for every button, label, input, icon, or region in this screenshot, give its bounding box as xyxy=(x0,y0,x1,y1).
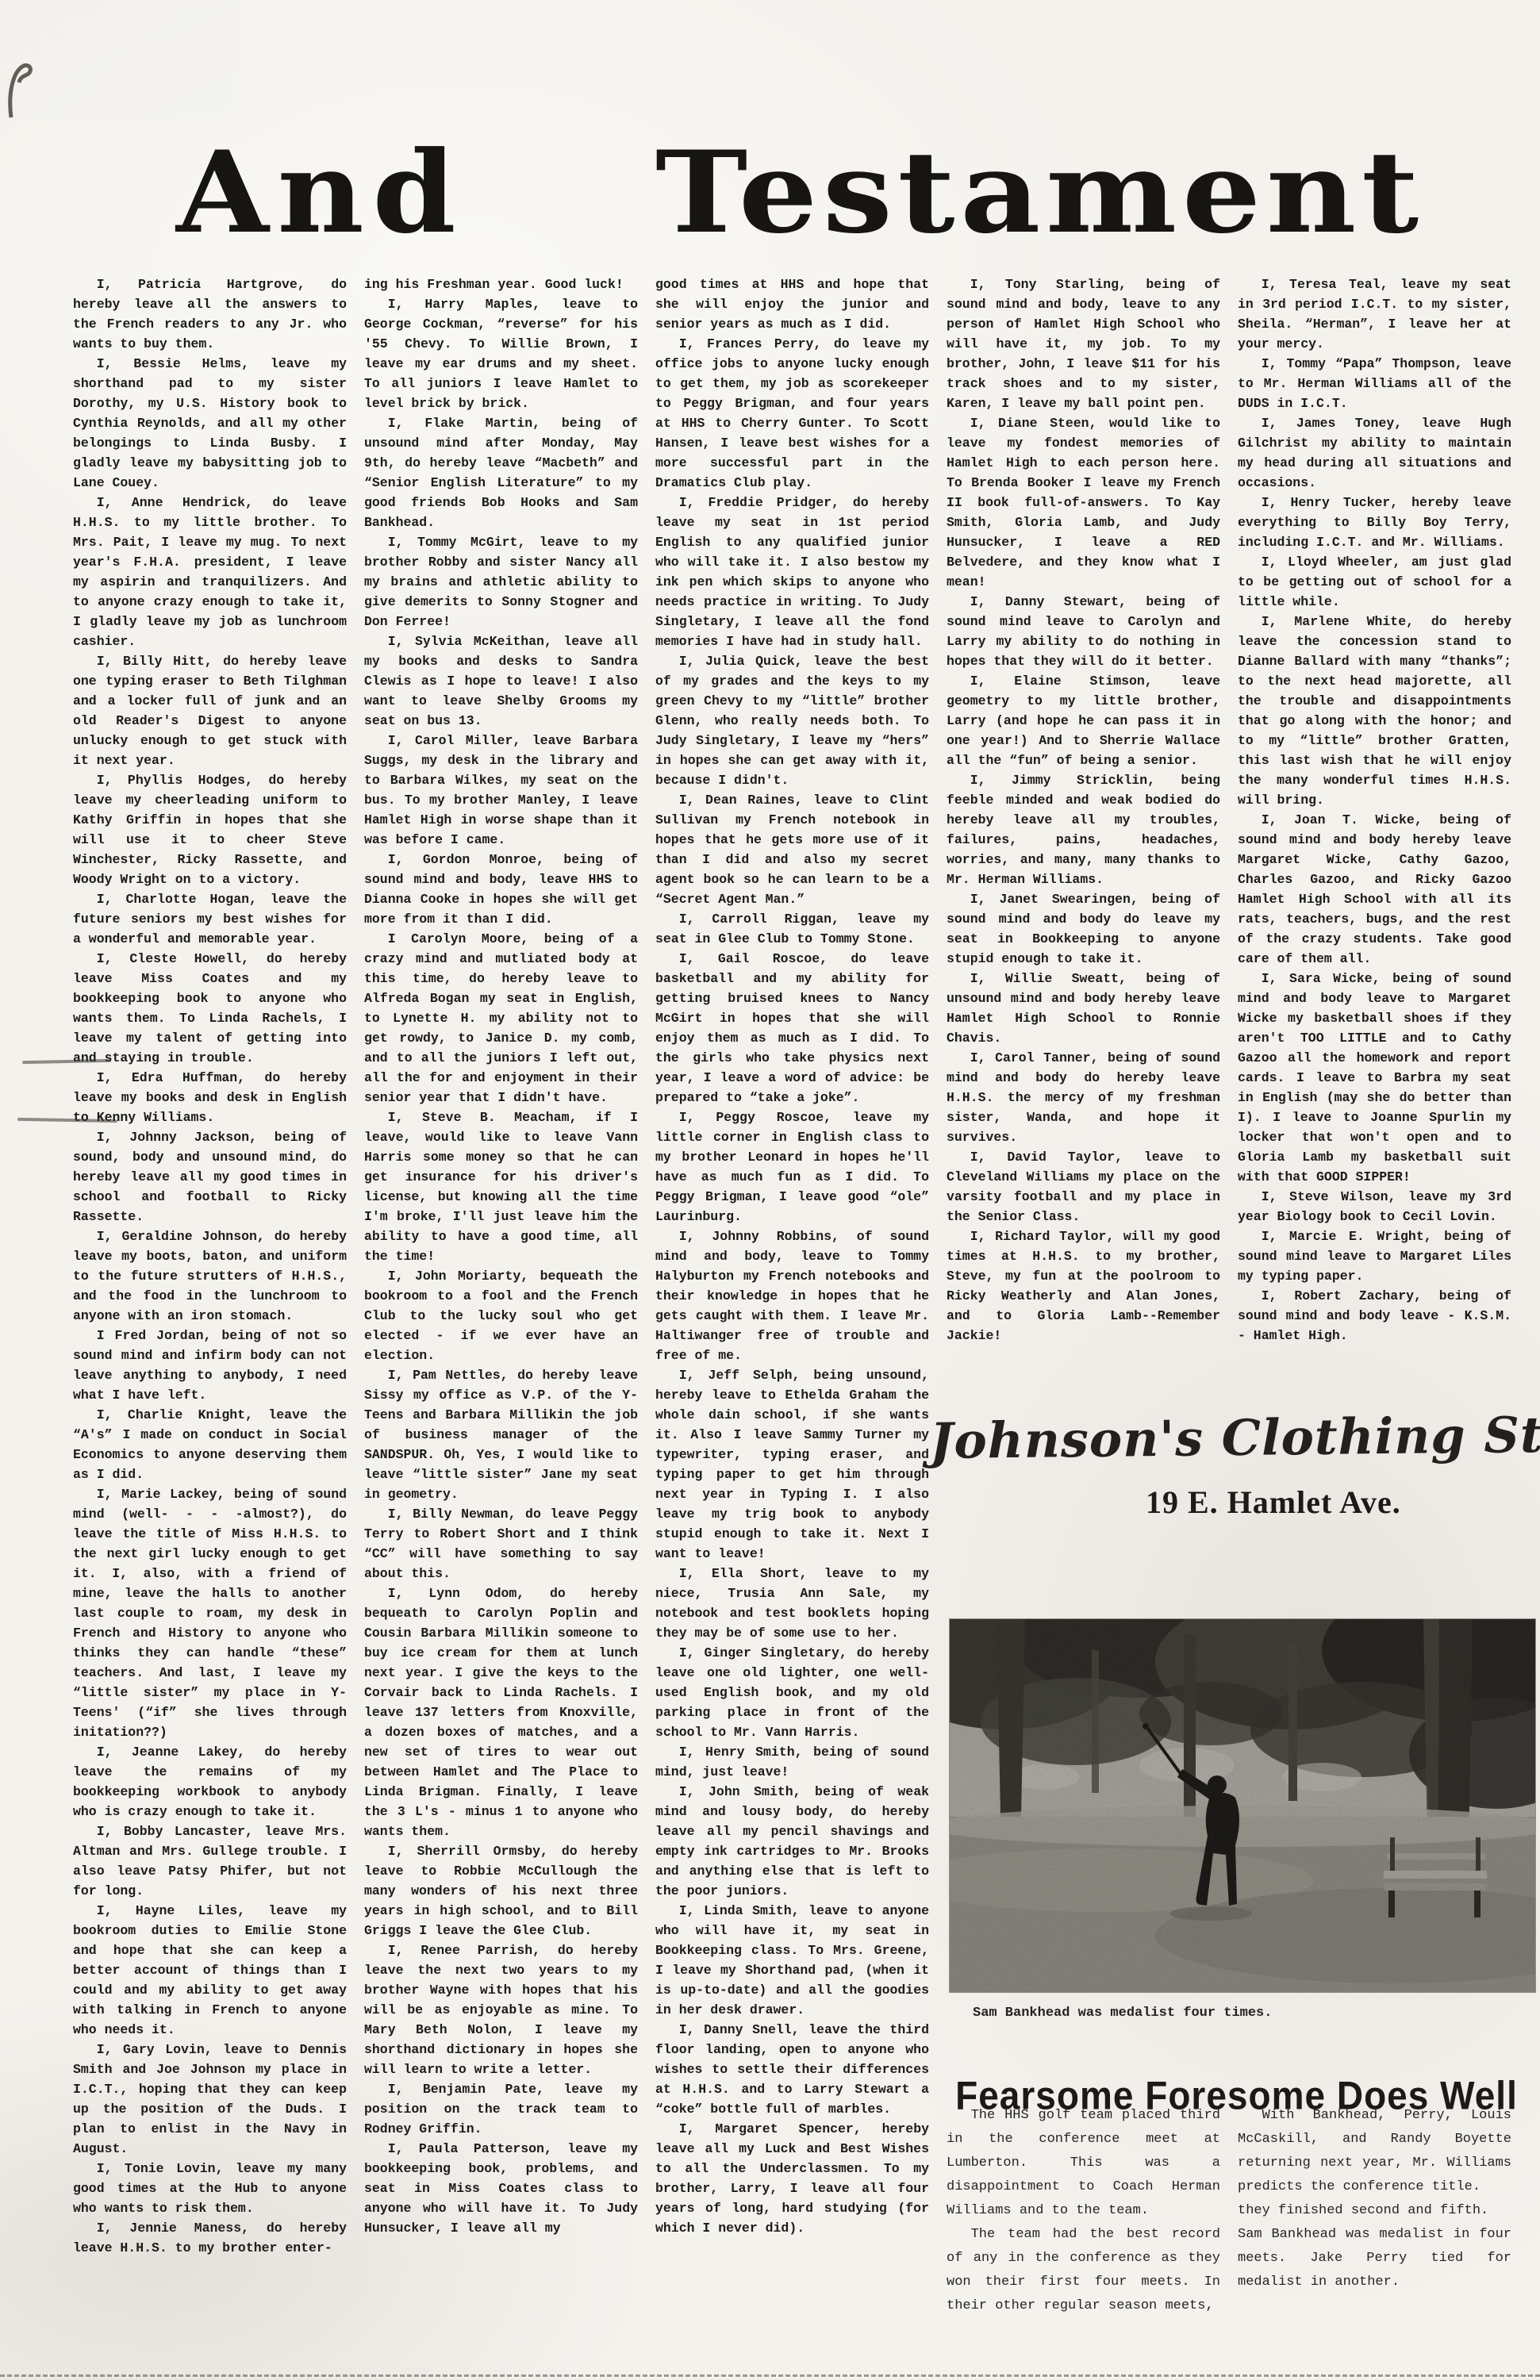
paragraph: I, Carroll Riggan, leave my seat in Glee… xyxy=(655,909,929,949)
paragraph: I, Gordon Monroe, being of sound mind an… xyxy=(364,850,638,929)
paragraph: I, Sara Wicke, being of sound mind and b… xyxy=(1238,969,1511,1187)
paragraph: I, Freddie Pridger, do hereby leave my s… xyxy=(655,493,929,651)
paragraph: I, Billy Hitt, do hereby leave one typin… xyxy=(73,651,347,770)
paragraph: I, Henry Smith, being of sound mind, jus… xyxy=(655,1742,929,1782)
paragraph: I, Johnny Jackson, being of sound, body … xyxy=(73,1127,347,1226)
paragraph: I, Marcie E. Wright, being of sound mind… xyxy=(1238,1226,1511,1286)
paragraph: I, Margaret Spencer, hereby leave all my… xyxy=(655,2119,929,2238)
paragraph: I, Lloyd Wheeler, am just glad to be get… xyxy=(1238,552,1511,612)
paragraph: I, Jimmy Stricklin, being feeble minded … xyxy=(947,770,1220,889)
paragraph: I, Robert Zachary, being of sound mind a… xyxy=(1238,1286,1511,1345)
paragraph: I, Henry Tucker, hereby leave everything… xyxy=(1238,493,1511,552)
newspaper-page: And Testament I, Patricia Hartgrove, do … xyxy=(0,0,1540,2380)
paragraph: I, Danny Stewart, being of sound mind le… xyxy=(947,592,1220,671)
ad-johnsons-clothing-store: Johnson's Clothing Store 19 E. Hamlet Av… xyxy=(930,1411,1537,1581)
paragraph: I, Peggy Roscoe, leave my little corner … xyxy=(655,1107,929,1226)
paragraph: I, Bessie Helms, leave my shorthand pad … xyxy=(73,354,347,493)
golf-photo-image xyxy=(949,1618,1536,1993)
paragraph: I, Benjamin Pate, leave my position on t… xyxy=(364,2079,638,2139)
paragraph: I, Ginger Singletary, do hereby leave on… xyxy=(655,1643,929,1742)
paragraph: I, James Toney, leave Hugh Gilchrist my … xyxy=(1238,413,1511,493)
paragraph: I, Phyllis Hodges, do hereby leave my ch… xyxy=(73,770,347,889)
paragraph: I, Dean Raines, leave to Clint Sullivan … xyxy=(655,790,929,909)
paragraph: I, Frances Perry, do leave my office job… xyxy=(655,334,929,493)
paragraph: I, Carol Miller, leave Barbara Suggs, my… xyxy=(364,731,638,850)
masthead: And Testament xyxy=(0,133,1540,268)
paragraph: I, Joan T. Wicke, being of sound mind an… xyxy=(1238,810,1511,969)
testament-column-5: I, Teresa Teal, leave my seat in 3rd per… xyxy=(1238,274,1511,1345)
paragraph: I, Anne Hendrick, do leave H.H.S. to my … xyxy=(73,493,347,651)
paragraph: I, Elaine Stimson, leave geometry to my … xyxy=(947,671,1220,770)
paragraph: I, Tommy McGirt, leave to my brother Rob… xyxy=(364,532,638,631)
ad-store-address: 19 E. Hamlet Ave. xyxy=(1146,1484,1537,1521)
paragraph: I, Linda Smith, leave to anyone who will… xyxy=(655,1901,929,2020)
paragraph: I, Flake Martin, being of unsound mind a… xyxy=(364,413,638,532)
page-bottom-edge xyxy=(0,2374,1540,2377)
paragraph: I, Charlotte Hogan, leave the future sen… xyxy=(73,889,347,949)
testament-column-2: ing his Freshman year. Good luck!I, Harr… xyxy=(364,274,638,2238)
paragraph: With Bankhead, Perry, Louis McCaskill, a… xyxy=(1238,2104,1511,2199)
paragraph: I, John Smith, being of weak mind and lo… xyxy=(655,1782,929,1901)
paragraph: I, Ella Short, leave to my niece, Trusia… xyxy=(655,1564,929,1643)
paragraph: I, Julia Quick, leave the best of my gra… xyxy=(655,651,929,790)
paragraph: I, Pam Nettles, do hereby leave Sissy my… xyxy=(364,1365,638,1504)
paragraph: I, Willie Sweatt, being of unsound mind … xyxy=(947,969,1220,1048)
paragraph: I, Edra Huffman, do hereby leave my book… xyxy=(73,1068,347,1127)
paragraph: I, Hayne Liles, leave my bookroom duties… xyxy=(73,1901,347,2040)
paragraph: I, Diane Steen, would like to leave my f… xyxy=(947,413,1220,592)
paragraph: I, Gary Lovin, leave to Dennis Smith and… xyxy=(73,2040,347,2159)
paragraph: they finished second and fifth. xyxy=(1238,2199,1511,2223)
paragraph: I, Teresa Teal, leave my seat in 3rd per… xyxy=(1238,274,1511,354)
paragraph: I, Janet Swearingen, being of sound mind… xyxy=(947,889,1220,969)
paragraph: Sam Bankhead was medalist in four meets.… xyxy=(1238,2223,1511,2294)
paragraph: I, Sherrill Ormsby, do hereby leave to R… xyxy=(364,1841,638,1940)
paragraph: I Fred Jordan, being of not so sound min… xyxy=(73,1326,347,1405)
testament-column-1: I, Patricia Hartgrove, do hereby leave a… xyxy=(73,274,347,2258)
paragraph: I, Billy Newman, do leave Peggy Terry to… xyxy=(364,1504,638,1583)
paragraph: I, Gail Roscoe, do leave basketball and … xyxy=(655,949,929,1107)
paragraph: I, Jeff Selph, being unsound, hereby lea… xyxy=(655,1365,929,1564)
paragraph: I, Cleste Howell, do hereby leave Miss C… xyxy=(73,949,347,1068)
ad-store-name: Johnson's Clothing Store xyxy=(930,1407,1538,1469)
page-title-and: And xyxy=(176,133,464,252)
paragraph: I, Paula Patterson, leave my bookkeeping… xyxy=(364,2139,638,2238)
paragraph: I, Marlene White, do hereby leave the co… xyxy=(1238,612,1511,810)
page-title-testament: Testament xyxy=(655,133,1424,252)
testament-column-4: I, Tony Starling, being of sound mind an… xyxy=(947,274,1220,1345)
corner-scan-mark xyxy=(5,62,41,125)
paragraph: I, Jeanne Lakey, do hereby leave the rem… xyxy=(73,1742,347,1821)
paragraph: I, John Moriarty, bequeath the bookroom … xyxy=(364,1266,638,1365)
golf-photo xyxy=(949,1618,1536,1993)
paragraph: I, Tonie Lovin, leave my many good times… xyxy=(73,2159,347,2218)
paragraph: I, Tony Starling, being of sound mind an… xyxy=(947,274,1220,413)
paragraph: I, Carol Tanner, being of sound mind and… xyxy=(947,1048,1220,1147)
paragraph: I, Patricia Hartgrove, do hereby leave a… xyxy=(73,274,347,354)
paragraph: I, Marie Lackey, being of sound mind (we… xyxy=(73,1484,347,1742)
paragraph: I, Johnny Robbins, of sound mind and bod… xyxy=(655,1226,929,1365)
photo-caption: Sam Bankhead was medalist four times. xyxy=(973,2006,1528,2021)
paragraph: I Carolyn Moore, being of a crazy mind a… xyxy=(364,929,638,1107)
paragraph: I, Renee Parrish, do hereby leave the ne… xyxy=(364,1940,638,2079)
paragraph: I, David Taylor, leave to Cleveland Will… xyxy=(947,1147,1220,1226)
paragraph: I, Bobby Lancaster, leave Mrs. Altman an… xyxy=(73,1821,347,1901)
paragraph: I, Sylvia McKeithan, leave all my books … xyxy=(364,631,638,731)
paragraph: I, Richard Taylor, will my good times at… xyxy=(947,1226,1220,1345)
paragraph: I, Geraldine Johnson, do hereby leave my… xyxy=(73,1226,347,1326)
testament-column-3: good times at HHS and hope that she will… xyxy=(655,274,929,2238)
paragraph: I, Danny Snell, leave the third floor la… xyxy=(655,2020,929,2119)
paragraph: ing his Freshman year. Good luck! xyxy=(364,274,638,294)
golf-article-left-column: The HHS golf team placed third in the co… xyxy=(947,2104,1220,2318)
paragraph: I, Charlie Knight, leave the “A's” I mad… xyxy=(73,1405,347,1484)
paragraph: The team had the best record of any in t… xyxy=(947,2223,1220,2318)
paragraph: I, Steve Wilson, leave my 3rd year Biolo… xyxy=(1238,1187,1511,1226)
paragraph: I, Tommy “Papa” Thompson, leave to Mr. H… xyxy=(1238,354,1511,413)
paragraph: good times at HHS and hope that she will… xyxy=(655,274,929,334)
paragraph: The HHS golf team placed third in the co… xyxy=(947,2104,1220,2223)
paragraph: I, Steve B. Meacham, if I leave, would l… xyxy=(364,1107,638,1266)
paragraph: I, Harry Maples, leave to George Cockman… xyxy=(364,294,638,413)
crease-mark xyxy=(17,1118,117,1123)
golf-article-right-column: With Bankhead, Perry, Louis McCaskill, a… xyxy=(1238,2104,1511,2294)
paragraph: I, Jennie Maness, do hereby leave H.H.S.… xyxy=(73,2218,347,2258)
paragraph: I, Lynn Odom, do hereby bequeath to Caro… xyxy=(364,1583,638,1841)
